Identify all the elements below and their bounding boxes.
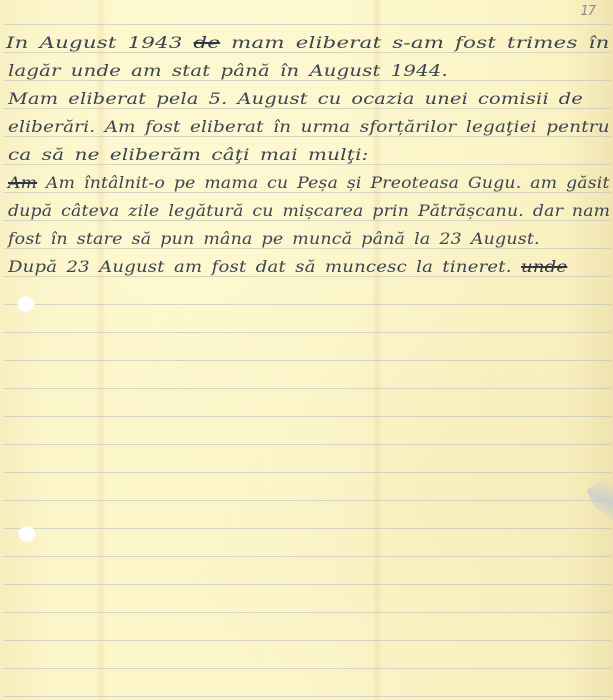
struck-word: unde: [521, 257, 567, 276]
struck-word: Am: [8, 173, 37, 192]
paper-tear: [587, 470, 613, 520]
text-line: Mam eliberat pela 5. August cu ocazia un…: [8, 89, 583, 108]
text-line: După 23 August am fost dat să muncesc la…: [8, 257, 567, 276]
text-segment: După 23 August am fost dat să muncesc la…: [8, 257, 521, 276]
page-number: 17: [580, 4, 595, 19]
text-segment: mam eliberat s-am fost trimes în: [220, 33, 609, 52]
text-line: fost în stare să pun mâna pe muncă până …: [8, 229, 540, 248]
text-line: In August 1943 de mam eliberat s-am fost…: [6, 33, 610, 52]
punch-hole: [17, 296, 35, 312]
text-line: ca să ne eliberăm câţi mai mulţi:: [8, 145, 369, 164]
text-line: eliberări. Am fost eliberat în urma sfor…: [8, 117, 610, 136]
text-segment: In August 1943: [6, 33, 194, 52]
text-segment: eliberări. Am fost eliberat în urma sfor…: [8, 117, 610, 136]
text-segment: ca să ne eliberăm câţi mai mulţi:: [8, 145, 369, 164]
text-line: lagăr unde am stat până în August 1944.: [8, 61, 448, 80]
text-segment: după câteva zile legătură cu mișcarea pr…: [8, 201, 610, 220]
text-line: Am Am întâlnit-o pe mama cu Peșa și Preo…: [8, 173, 610, 192]
text-line: după câteva zile legătură cu mișcarea pr…: [8, 201, 610, 220]
handwritten-page: 17 In August 1943 de mam eliberat s-am f…: [0, 0, 613, 700]
text-segment: fost în stare să pun mâna pe muncă până …: [8, 229, 540, 248]
text-segment: Am întâlnit-o pe mama cu Peșa și Preotea…: [37, 173, 609, 192]
text-segment: Mam eliberat pela 5. August cu ocazia un…: [8, 89, 583, 108]
punch-hole: [18, 526, 36, 542]
struck-word: de: [194, 33, 221, 52]
text-segment: lagăr unde am stat până în August 1944.: [8, 61, 448, 80]
